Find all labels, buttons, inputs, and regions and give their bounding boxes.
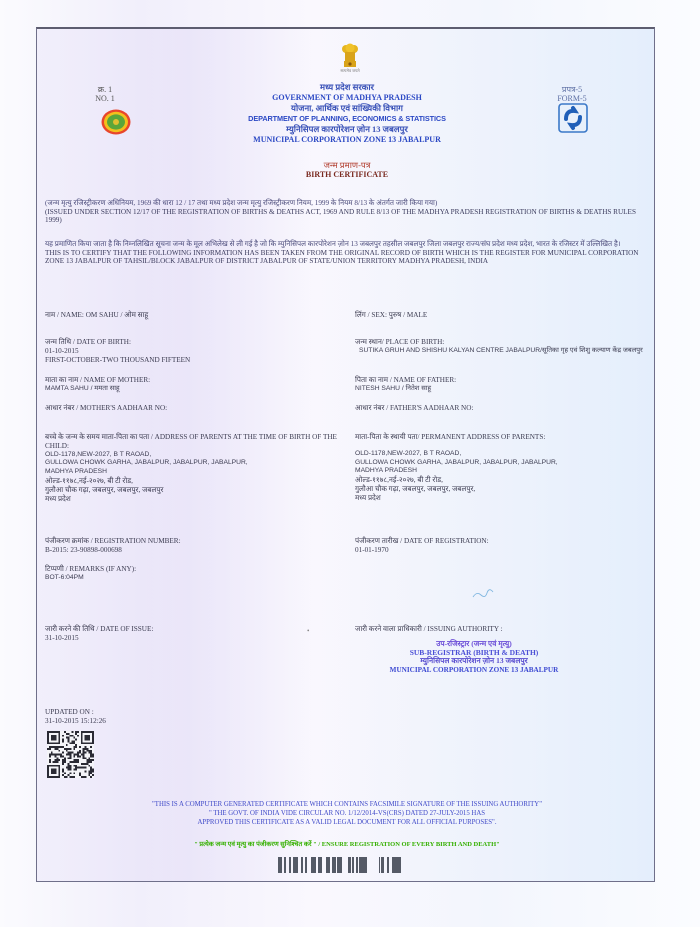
corporation-english: MUNICIPAL CORPORATION ZONE 13 JABALPUR (177, 135, 517, 146)
stamp-mark: • (307, 627, 309, 635)
qr-code-icon[interactable] (47, 731, 94, 778)
department-english: DEPARTMENT OF PLANNING, ECONOMICS & STAT… (177, 114, 517, 125)
emblem-caption: सत्यमेव जयते (322, 68, 378, 74)
government-hindi: मध्य प्रदेश सरकार (177, 82, 517, 93)
field-father-aadhaar: आधार नंबर / FATHER'S AADHAAR NO: (355, 404, 645, 413)
field-permanent-address: माता-पिता के स्थायी पता/ PERMANENT ADDRE… (355, 433, 645, 503)
crs-logo-icon (558, 103, 588, 133)
madhya-pradesh-seal-icon (101, 109, 131, 135)
birth-certificate: सत्यमेव जयते क्र. 1 NO. 1 प्रपत्र-5 FORM… (36, 27, 655, 882)
field-address-at-birth: बच्चे के जन्म के समय माता-पिता का पता / … (45, 433, 345, 503)
field-name: नाम / NAME: OM SAHU / ओम साहू (45, 311, 345, 320)
certify-paragraph: यह प्रमाणित किया जाता है कि निम्नलिखित स… (45, 240, 649, 266)
serial-number: क्र. 1 NO. 1 (85, 85, 125, 103)
issued-under-paragraph: (जन्म मृत्यु रजिस्ट्रीकरण अधिनियम, 1969 … (45, 199, 649, 225)
field-father-name: पिता का नाम / NAME OF FATHER: NITESH SAH… (355, 376, 645, 394)
form-number: प्रपत्र-5 FORM-5 (547, 85, 597, 103)
certificate-header: मध्य प्रदेश सरकार GOVERNMENT OF MADHYA P… (177, 82, 517, 145)
field-registration-number: पंजीकरण क्रमांक / REGISTRATION NUMBER: B… (45, 537, 345, 555)
barcode-icon (271, 857, 401, 873)
certificate-title: जन्म प्रमाण-पत्र BIRTH CERTIFICATE (247, 160, 447, 180)
field-place-of-birth: जन्म स्थान/ PLACE OF BIRTH: SUTIKA GRUH … (355, 338, 645, 356)
footer-disclaimer: "THIS IS A COMPUTER GENERATED CERTIFICAT… (77, 801, 617, 827)
field-mother-aadhaar: आधार नंबर / MOTHER'S AADHAAR NO: (45, 404, 345, 413)
field-date-of-birth: जन्म तिथि / DATE OF BIRTH: 01-10-2015 FI… (45, 338, 345, 364)
field-issuing-authority: जारी करने वाला प्राधिकारी / ISSUING AUTH… (355, 625, 645, 634)
field-registration-date: पंजीकरण तारीख / DATE OF REGISTRATION: 01… (355, 537, 645, 555)
signature-scribble-icon (472, 589, 494, 599)
field-date-of-issue: जारी करने की तिथि / DATE OF ISSUE: 31-10… (45, 625, 345, 643)
government-english: GOVERNMENT OF MADHYA PRADESH (177, 93, 517, 104)
department-hindi: योजना, आर्थिक एवं सांख्यिकी विभाग (177, 103, 517, 114)
issuing-authority-stamp: उप-रजिस्ट्रार (जन्म एवं मृत्यु) SUB-REGI… (359, 640, 589, 674)
updated-on: UPDATED ON : 31-10-2015 15:12:26 (45, 708, 345, 726)
national-emblem-icon (339, 41, 361, 69)
corporation-hindi: म्युनिसिपल कारपोरेशन ज़ोन 13 जबलपुर (177, 124, 517, 135)
footer-slogan: " प्रत्येक जन्म एवं मृत्यु का पंजीकरण सु… (77, 839, 617, 848)
field-mother-name: माता का नाम / NAME OF MOTHER: MAMTA SAHU… (45, 376, 345, 394)
field-remarks: टिप्पणी / REMARKS (IF ANY): BOT-6:04PM (45, 565, 345, 583)
field-sex: लिंग / SEX: पुरुष / MALE (355, 311, 645, 320)
